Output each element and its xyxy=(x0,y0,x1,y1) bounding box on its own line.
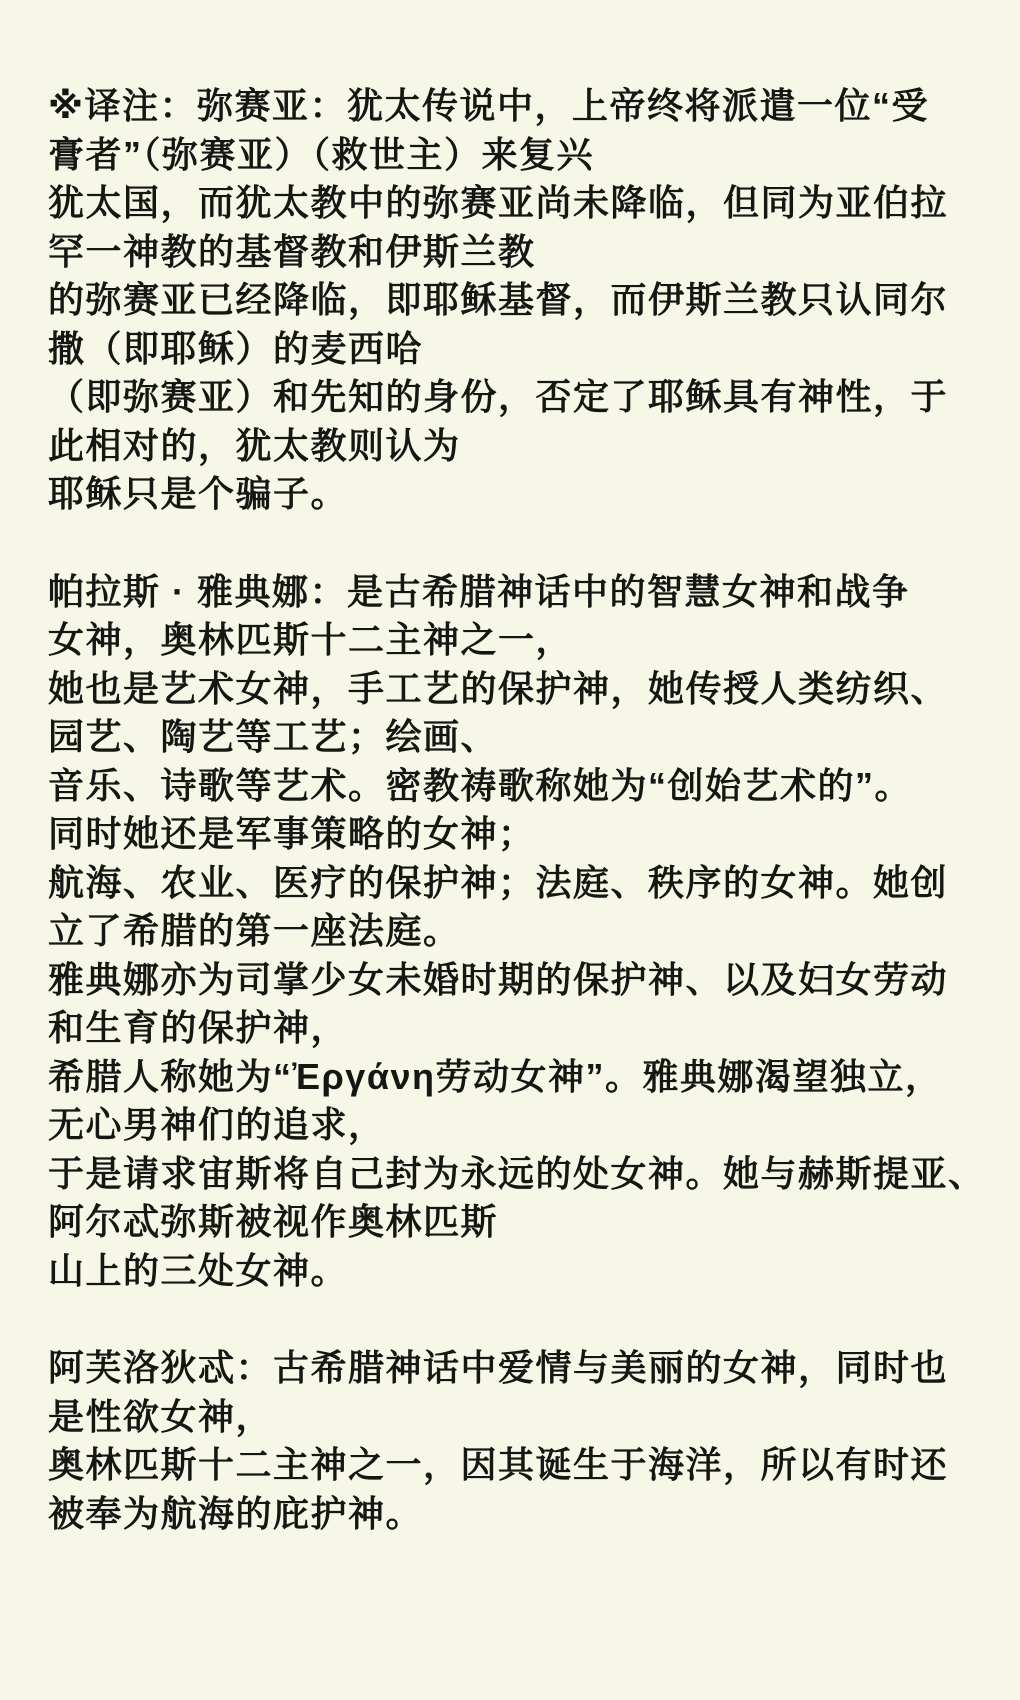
text-line: 雅典娜亦为司掌少女未婚时期的保护神、以及妇女劳动 xyxy=(48,956,990,1005)
text-line: 帕拉斯 · 雅典娜：是古希腊神话中的智慧女神和战争 xyxy=(48,568,990,617)
text-line: 立了希腊的第一座法庭。 xyxy=(48,907,990,956)
text-line: 女神，奥林匹斯十二主神之一， xyxy=(48,616,990,665)
text-line: （即弥赛亚）和先知的身份，否定了耶稣具有神性，于 xyxy=(48,373,990,422)
text-line: 于是请求宙斯将自己封为永远的处女神。她与赫斯提亚、 xyxy=(48,1150,990,1199)
text-line: 阿芙洛狄忒：古希腊神话中爱情与美丽的女神，同时也 xyxy=(48,1344,990,1393)
text-line: 山上的三处女神。 xyxy=(48,1247,990,1296)
note-pallas-athena: 帕拉斯 · 雅典娜：是古希腊神话中的智慧女神和战争女神，奥林匹斯十二主神之一，她… xyxy=(48,568,990,1296)
text-line: 此相对的，犹太教则认为 xyxy=(48,422,990,471)
document-page: ※译注：弥赛亚：犹太传说中，上帝终将派遣一位“受膏者”（弥赛亚）（救世主）来复兴… xyxy=(0,0,1020,1700)
text-line: 是性欲女神， xyxy=(48,1393,990,1442)
text-line: 犹太国，而犹太教中的弥赛亚尚未降临，但同为亚伯拉 xyxy=(48,179,990,228)
text-line: 和生育的保护神， xyxy=(48,1004,990,1053)
text-line: 被奉为航海的庇护神。 xyxy=(48,1490,990,1539)
text-line: 园艺、陶艺等工艺；绘画、 xyxy=(48,713,990,762)
translator-note-messiah: ※译注：弥赛亚：犹太传说中，上帝终将派遣一位“受膏者”（弥赛亚）（救世主）来复兴… xyxy=(48,82,990,519)
text-line: 耶稣只是个骗子。 xyxy=(48,470,990,519)
text-line: 音乐、诗歌等艺术。密教祷歌称她为“创始艺术的”。 xyxy=(48,762,990,811)
note-aphrodite: 阿芙洛狄忒：古希腊神话中爱情与美丽的女神，同时也是性欲女神，奥林匹斯十二主神之一… xyxy=(48,1344,990,1538)
text-line: 无心男神们的追求， xyxy=(48,1101,990,1150)
text-line: 撒（即耶稣）的麦西哈 xyxy=(48,325,990,374)
text-line: 航海、农业、医疗的保护神；法庭、秩序的女神。她创 xyxy=(48,859,990,908)
text-line: 她也是艺术女神，手工艺的保护神，她传授人类纺织、 xyxy=(48,665,990,714)
text-line: 罕一神教的基督教和伊斯兰教 xyxy=(48,228,990,277)
text-line: 膏者”（弥赛亚）（救世主）来复兴 xyxy=(48,131,990,180)
text-line: ※译注：弥赛亚：犹太传说中，上帝终将派遣一位“受 xyxy=(48,82,990,131)
text-line: 的弥赛亚已经降临，即耶稣基督，而伊斯兰教只认同尔 xyxy=(48,276,990,325)
text-line: 阿尔忒弥斯被视作奥林匹斯 xyxy=(48,1198,990,1247)
text-line: 奥林匹斯十二主神之一，因其诞生于海洋，所以有时还 xyxy=(48,1441,990,1490)
text-line: 希腊人称她为“Ἐργάνη劳动女神”。雅典娜渴望独立， xyxy=(48,1053,990,1102)
text-line: 同时她还是军事策略的女神； xyxy=(48,810,990,859)
